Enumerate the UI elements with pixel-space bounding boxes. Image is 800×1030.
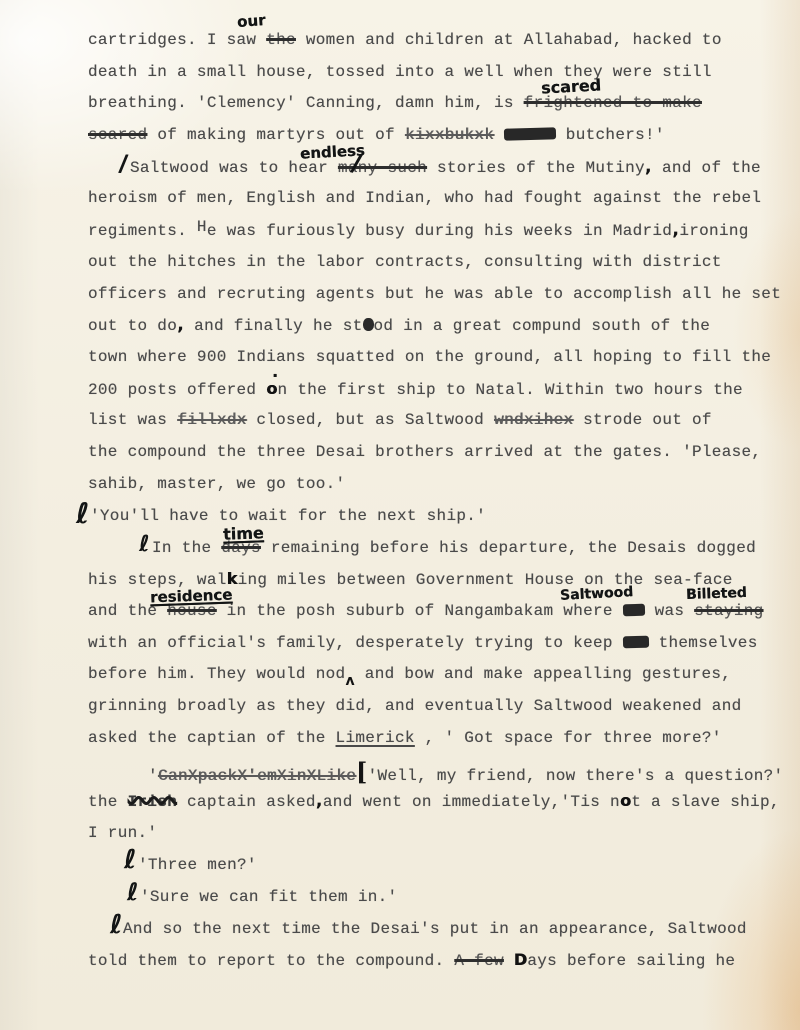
insert-time: time xyxy=(223,523,264,543)
typed-text: closed, but as Saltwood xyxy=(246,411,494,429)
typed-text: heroism of men, English and Indian, who … xyxy=(88,189,761,207)
typed-line-23: asked the captian of the Limerick , ' Go… xyxy=(88,728,722,748)
typed-text: stories of the Mutiny xyxy=(427,159,645,177)
pen-corrected-letter: o xyxy=(620,791,631,810)
ink-blot xyxy=(504,127,556,140)
insert-our: our xyxy=(236,11,266,31)
typed-line-1: cartridges. I saw the women and children… xyxy=(88,30,722,50)
typed-text: cartridges. I saw xyxy=(88,31,266,49)
typed-text: remaining before his departure, the Desa… xyxy=(261,539,756,557)
typed-line-4: scared of making martyrs out of kixxbukx… xyxy=(88,125,665,145)
typed-text: ' xyxy=(148,767,158,785)
typed-text: grinning broadly as they did, and eventu… xyxy=(88,697,742,715)
typed-text: od in a great compund south of the xyxy=(374,317,711,335)
scribbled-out-text: Irish xyxy=(128,793,178,811)
typed-struck-text: fillxdx xyxy=(177,411,246,429)
typed-line-11: town where 900 Indians squatted on the g… xyxy=(88,347,771,367)
typed-text: out the hitches in the labor contracts, … xyxy=(88,253,722,271)
insert-dot-on: · xyxy=(272,366,278,385)
typed-text: And so the next time the Desai's put in … xyxy=(123,920,747,938)
typed-text xyxy=(504,952,514,970)
typed-line-21: before him. They would nodʌ and bow and … xyxy=(88,664,731,684)
insert-residence: residence xyxy=(150,586,233,607)
typed-text: In the xyxy=(152,539,221,557)
typed-line-12: 200 posts offered on the first ship to N… xyxy=(88,379,743,400)
typed-text: sahib, master, we go too.' xyxy=(88,475,345,493)
typed-text: and of the xyxy=(652,159,761,177)
pilcrow-mark-3: ℓ xyxy=(139,532,149,557)
insert-billeted: Billeted xyxy=(686,585,747,603)
pilcrow-mark-4: ℓ xyxy=(124,845,136,875)
pilcrow-mark-2: ℓ xyxy=(76,497,89,530)
typed-struck-text: CanXpackX'emXinXLike xyxy=(158,767,356,785)
pen-struck-text: A few xyxy=(454,952,504,970)
typed-text: list was xyxy=(88,411,177,429)
typed-text: themselves xyxy=(649,634,758,652)
typed-line-24: 'CanXpackX'emXinXLike['Well, my friend, … xyxy=(148,760,783,786)
typed-text: of making martyrs out of xyxy=(147,126,404,144)
typed-text xyxy=(494,126,504,144)
typed-line-15: sahib, master, we go too.' xyxy=(88,474,345,494)
typed-line-20: with an official's family, desperately t… xyxy=(88,633,758,653)
typed-line-29: And so the next time the Desai's put in … xyxy=(123,919,747,939)
typed-text: and went on immediately,'Tis n xyxy=(323,793,620,811)
typed-text: 'Sure we can fit them in.' xyxy=(140,888,397,906)
typed-text: out to do xyxy=(88,317,177,335)
pen-struck-text: the xyxy=(266,31,296,49)
typed-text: , ' Got space for three more?' xyxy=(415,729,722,747)
typed-text: regiments. xyxy=(88,222,197,240)
handwritten-mark: , xyxy=(645,156,652,177)
typed-line-10: out to do, and finally he stod in a grea… xyxy=(88,315,710,336)
typed-line-26: I run.' xyxy=(88,823,157,843)
typed-text: with an official's family, desperately t… xyxy=(88,634,623,652)
typed-text: e was furiously busy during his weeks in… xyxy=(207,222,672,240)
typed-text: 200 posts offered xyxy=(88,381,266,399)
typed-text: the compound the three Desai brothers ar… xyxy=(88,443,761,461)
typed-text: in the posh suburb of Nangambakam where xyxy=(217,602,623,620)
typed-line-16: 'You'll have to wait for the next ship.' xyxy=(90,506,486,526)
typed-text: officers and recruting agents but he was… xyxy=(88,285,781,303)
typed-text: and bow and make appealling gestures, xyxy=(355,665,731,683)
insert-scared: scared xyxy=(541,75,602,97)
pen-struck-text: staying xyxy=(694,602,763,620)
typed-line-14: the compound the three Desai brothers ar… xyxy=(88,442,761,462)
ink-blot xyxy=(623,604,645,617)
underlined-text: Limerick xyxy=(336,729,415,747)
typed-line-28: 'Sure we can fit them in.' xyxy=(140,887,397,907)
pilcrow-mark-1: / xyxy=(118,151,129,178)
manuscript-page: cartridges. I saw the women and children… xyxy=(0,0,800,1030)
typed-text: the xyxy=(88,793,128,811)
typed-text: strode out of xyxy=(573,411,712,429)
typed-line-3: breathing. 'Clemency' Canning, damn him,… xyxy=(88,93,702,113)
typed-line-8: out the hitches in the labor contracts, … xyxy=(88,252,722,272)
typed-text: I run.' xyxy=(88,824,157,842)
typed-line-30: told them to report to the compound. A f… xyxy=(88,950,735,971)
typed-text: 'Well, my friend, now there's a question… xyxy=(368,767,784,785)
typed-line-2: death in a small house, tossed into a we… xyxy=(88,62,712,82)
typed-line-22: grinning broadly as they did, and eventu… xyxy=(88,696,742,716)
typed-text: ays before sailing he xyxy=(527,952,735,970)
pen-struck-text: scared xyxy=(88,126,147,144)
typed-text: town where 900 Indians squatted on the g… xyxy=(88,348,771,366)
typed-text: n the first ship to Natal. Within two ho… xyxy=(278,381,743,399)
typed-text: death in a small house, tossed into a we… xyxy=(88,63,712,81)
typed-text: told them to report to the compound. xyxy=(88,952,454,970)
typed-text: 'You'll have to wait for the next ship.' xyxy=(90,507,486,525)
pilcrow-mark-5: ℓ xyxy=(127,878,138,906)
ink-blot xyxy=(623,636,649,649)
handwritten-mark: ʌ xyxy=(345,673,354,689)
handwritten-mark: [ xyxy=(356,757,368,786)
typed-line-13: list was fillxdx closed, but as Saltwood… xyxy=(88,410,712,430)
typed-text: and finally he st xyxy=(184,317,362,335)
typed-line-27: 'Three men?' xyxy=(138,855,257,875)
handwritten-mark: , xyxy=(316,790,323,811)
typed-text: breathing. 'Clemency' Canning, damn him,… xyxy=(88,94,524,112)
typed-line-7: regiments. He was furiously busy during … xyxy=(88,220,749,241)
typed-line-9: officers and recruting agents but he was… xyxy=(88,284,781,304)
typed-text: ing miles between Government House on th… xyxy=(238,571,733,589)
typed-text: butchers!' xyxy=(556,126,665,144)
typed-struck-text: wndxihex xyxy=(494,411,573,429)
typed-line-5: Saltwood was to hear many such stories o… xyxy=(130,157,761,178)
typed-text: H xyxy=(197,218,207,236)
ink-blot xyxy=(363,318,374,331)
typed-text: asked the captian of the xyxy=(88,729,336,747)
typed-text: before him. They would nod xyxy=(88,665,345,683)
typed-text: women and children at Allahabad, hacked … xyxy=(296,31,722,49)
typed-line-6: heroism of men, English and Indian, who … xyxy=(88,188,761,208)
typed-text: t a slave ship, xyxy=(631,793,780,811)
pilcrow-mark-6: ℓ xyxy=(110,910,122,940)
pen-corrected-letter: D xyxy=(514,950,528,969)
typed-line-25: the Irish captain asked,and went on imme… xyxy=(88,791,780,812)
typed-struck-text: kixxbukxk xyxy=(405,126,494,144)
typed-text: 'Three men?' xyxy=(138,856,257,874)
typed-text: captain asked xyxy=(177,793,316,811)
typed-text: was xyxy=(645,602,695,620)
typed-text: ironing xyxy=(679,222,748,240)
